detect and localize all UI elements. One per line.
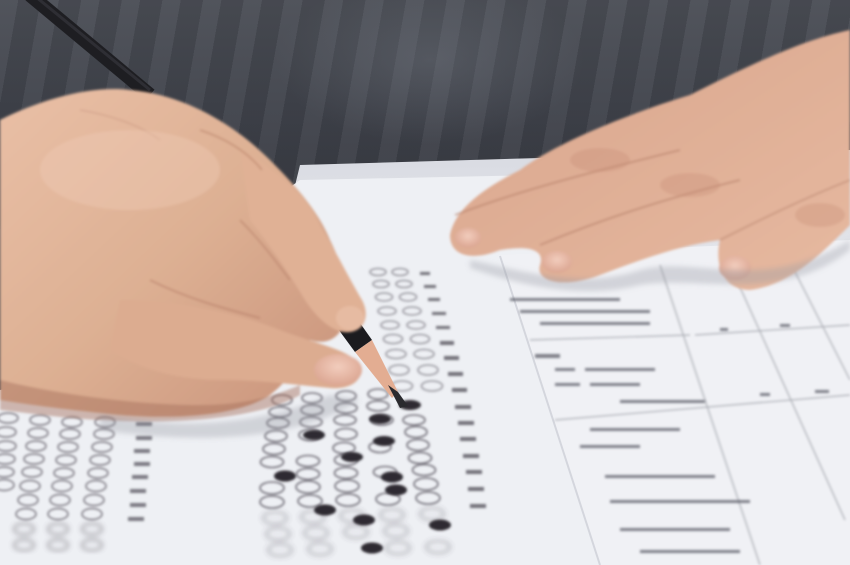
photo-scene bbox=[0, 0, 850, 565]
writing-hand bbox=[0, 89, 366, 438]
photo-illustration bbox=[0, 0, 850, 565]
